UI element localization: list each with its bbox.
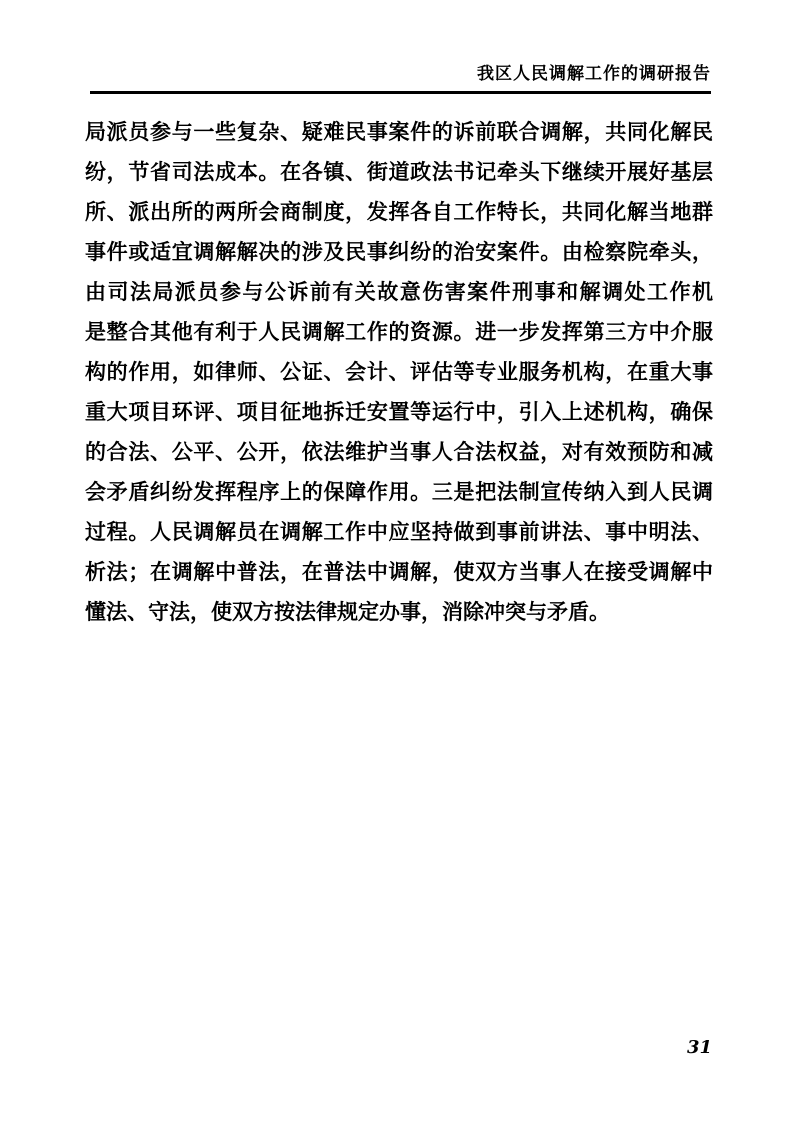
body-text-line: 所、派出所的两所会商制度，发挥各自工作特长，共同化解当地群体性	[85, 192, 713, 232]
body-text-line: 构的作用，如律师、公证、会计、评估等专业服务机构，在重大事项如	[85, 352, 713, 392]
body-text-line: 的合法、公平、公开，依法维护当事人合法权益，对有效预防和减少社	[85, 432, 713, 472]
body-text-line: 过程。人民调解员在调解工作中应坚持做到事前讲法、事中明法、事后	[85, 512, 713, 552]
body-text-line: 纷，节省司法成本。在各镇、街道政法书记牵头下继续开展好基层司法	[85, 152, 713, 192]
page-number: 31	[687, 1037, 712, 1058]
header-title: 我区人民调解工作的调研报告	[90, 63, 711, 85]
body-paragraph: 局派员参与一些复杂、疑难民事案件的诉前联合调解，共同化解民事纠 纷，节省司法成本…	[85, 112, 713, 632]
body-text-line: 是整合其他有利于人民调解工作的资源。进一步发挥第三方中介服务机	[85, 312, 713, 352]
body-text-line: 由司法局派员参与公诉前有关故意伤害案件刑事和解调处工作机制。二	[85, 272, 713, 312]
body-text-line: 局派员参与一些复杂、疑难民事案件的诉前联合调解，共同化解民事纠	[85, 112, 713, 152]
header-divider	[90, 91, 711, 94]
body-text-line: 重大项目环评、项目征地拆迁安置等运行中，引入上述机构，确保工作	[85, 392, 713, 432]
body-text-line: 事件或适宜调解解决的涉及民事纠纷的治安案件。由检察院牵头，探索	[85, 232, 713, 272]
page-header: 我区人民调解工作的调研报告	[90, 63, 711, 94]
body-text-line: 析法；在调解中普法，在普法中调解，使双方当事人在接受调解中学法、	[85, 552, 713, 592]
body-text-line: 会矛盾纠纷发挥程序上的保障作用。三是把法制宣传纳入到人民调解全	[85, 472, 713, 512]
body-text-line: 懂法、守法，使双方按法律规定办事，消除冲突与矛盾。	[85, 592, 713, 632]
document-page: 我区人民调解工作的调研报告 局派员参与一些复杂、疑难民事案件的诉前联合调解，共同…	[0, 0, 803, 1133]
